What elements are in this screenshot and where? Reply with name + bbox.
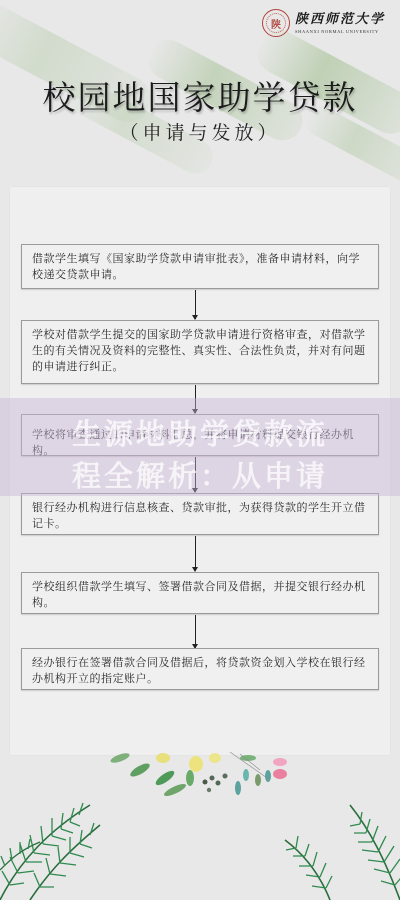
watermark-line-1: 生源地助学贷款流 xyxy=(0,412,400,453)
flow-arrow-icon xyxy=(195,536,196,571)
watermark-line-2: 程全解析：从申请 xyxy=(0,454,400,495)
flow-step-6: 经办银行在签署借款合同及借据后，将贷款资金划入学校在银行经办机构开立的指定账户。 xyxy=(21,648,379,690)
university-name-cn: 陕西师范大学 xyxy=(295,12,385,27)
university-logo: 陕 陕西师范大学 SHAANXI NORMAL UNIVERSITY xyxy=(262,9,385,37)
page-subtitle: （申请与发放） xyxy=(0,118,400,145)
floral-spray-icon xyxy=(109,751,287,798)
infographic-page: 陕 陕西师范大学 SHAANXI NORMAL UNIVERSITY 校园地国家… xyxy=(0,0,400,900)
flow-step-5: 学校组织借款学生填写、签署借款合同及借据，并提交银行经办机构。 xyxy=(21,572,379,614)
flow-arrow-icon xyxy=(195,290,196,319)
palm-leaf-left-icon xyxy=(0,803,100,900)
page-title: 校园地国家助学贷款 xyxy=(0,72,400,119)
flow-step-1: 借款学生填写《国家助学贷款申请审批表》，准备申请材料，向学校递交贷款申请。 xyxy=(21,244,379,289)
flow-step-4: 银行经办机构进行信息核查、贷款审批，为获得贷款的学生开立借记卡。 xyxy=(21,493,379,535)
palm-leaf-right-icon xyxy=(285,805,400,900)
decorative-plants-illustration xyxy=(0,750,400,900)
flow-arrow-icon xyxy=(195,615,196,648)
university-name-en: SHAANXI NORMAL UNIVERSITY xyxy=(295,29,385,34)
university-seal-icon: 陕 xyxy=(262,9,290,37)
flow-step-2: 学校对借款学生提交的国家助学贷款申请进行资格审查，对借款学生的有关情况及资料的完… xyxy=(21,320,379,384)
